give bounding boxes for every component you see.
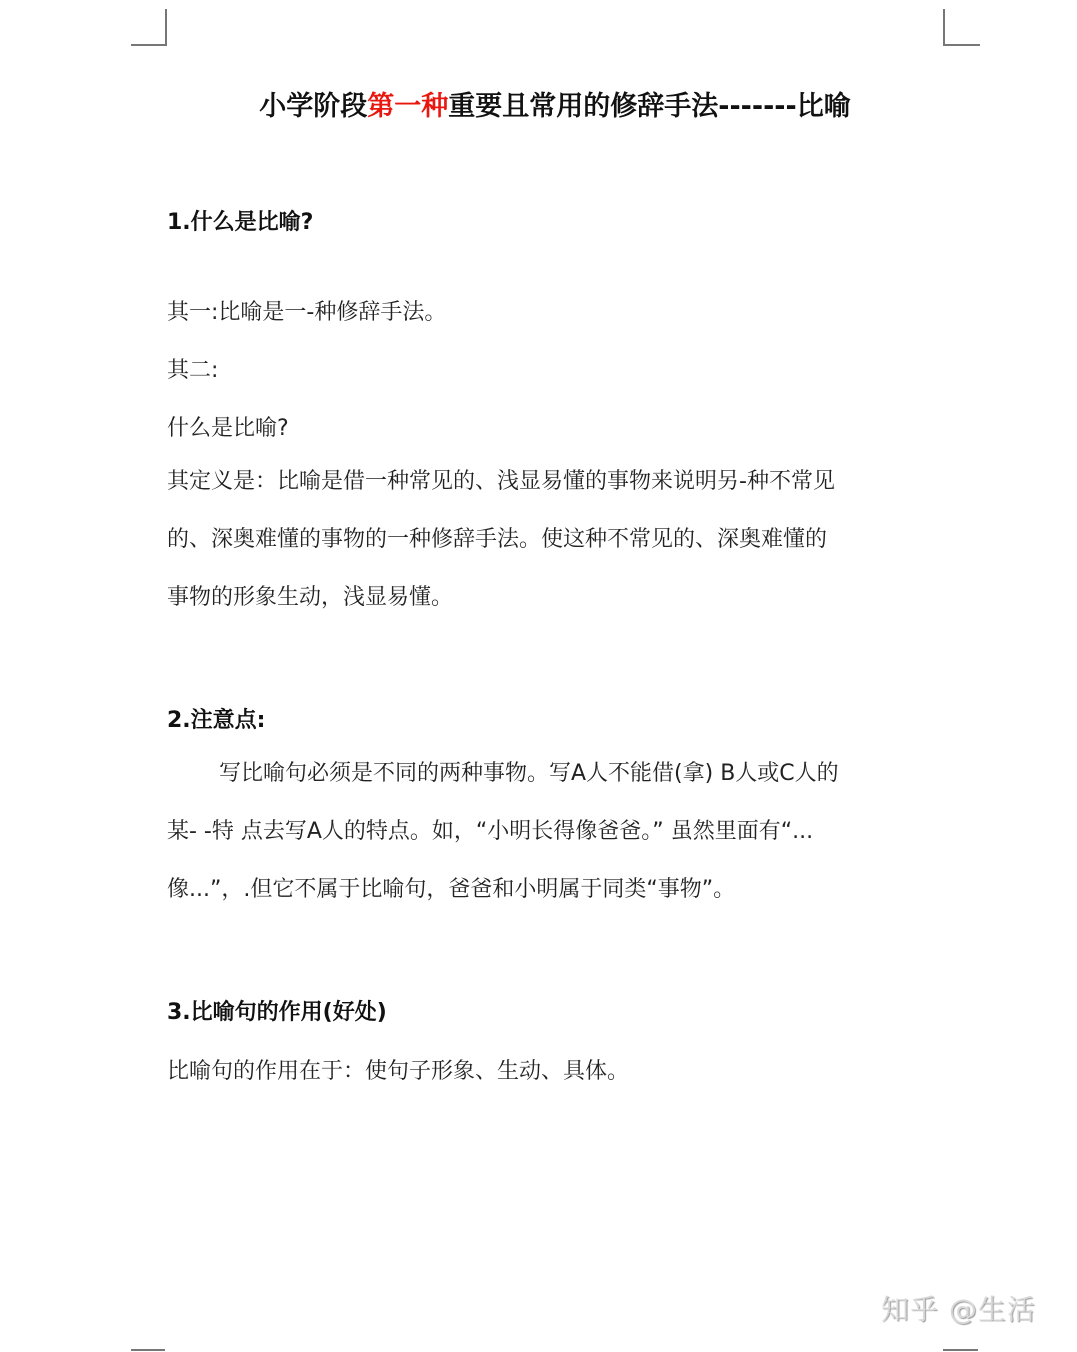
section-1-line-1: 其一:比喻是一-种修辞手法。 [167,295,446,326]
section-2-line-3: 像...”，.但它不属于比喻句，爸爸和小明属于同类“事物”。 [167,861,839,919]
section-1-line-2: 其二: [167,353,218,384]
crop-mark-bottom-left [131,1349,165,1351]
section-3-heading: 3.比喻句的作用(好处) [167,995,387,1026]
document-title: 小学阶段第一种重要且常用的修辞手法-------比喻 [0,84,1077,123]
watermark: 知乎 @生活 [881,1288,1036,1328]
title-prefix: 小学阶段 [259,91,367,122]
section-2-line-1: 写比喻句必须是不同的两种事物。写A人不能借(拿) B人或C人的 [167,745,839,803]
section-2-body: 写比喻句必须是不同的两种事物。写A人不能借(拿) B人或C人的 某- -特 点去… [167,745,839,919]
section-2-heading: 2.注意点: [167,703,265,734]
section-3-line-1: 比喻句的作用在于：使句子形象、生动、具体。 [167,1054,629,1085]
title-highlight: 第一种 [367,91,448,122]
section-1-line-3: 什么是比喻? [167,411,289,442]
section-1-heading: 1.什么是比喻? [167,205,313,236]
crop-mark-top-left [131,9,167,46]
crop-mark-top-right [943,9,980,46]
definition-line-3: 事物的形象生动，浅显易懂。 [167,569,835,627]
definition-line-2: 的、深奥难懂的事物的一种修辞手法。使这种不常见的、深奥难懂的 [167,511,835,569]
definition-line-1: 其定义是：比喻是借一种常见的、浅显易懂的事物来说明另-种不常见 [167,453,835,511]
section-2-line-2: 某- -特 点去写A人的特点。如，“小明长得像爸爸。” 虽然里面有“... [167,803,839,861]
section-1-definition: 其定义是：比喻是借一种常见的、浅显易懂的事物来说明另-种不常见 的、深奥难懂的事… [167,453,835,627]
crop-mark-bottom-right [943,1349,978,1351]
title-suffix: 重要且常用的修辞手法-------比喻 [448,91,850,122]
